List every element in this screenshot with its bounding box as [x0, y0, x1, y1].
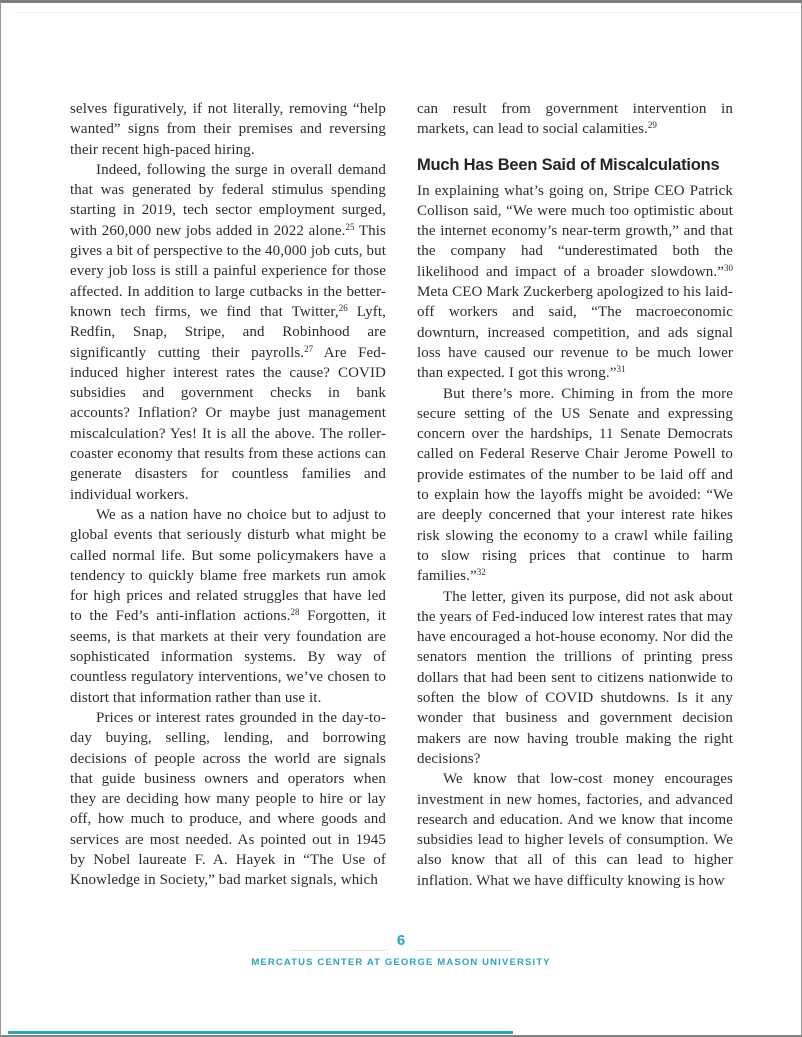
paragraph: Indeed, following the surge in overall d…	[70, 160, 386, 505]
right-text-column: can result from government intervention …	[417, 99, 733, 891]
page-footer: 6 MERCATUS CENTER AT GEORGE MASON UNIVER…	[1, 932, 801, 968]
paragraph: We know that low-cost money encourages i…	[417, 769, 733, 891]
paragraph: can result from government intervention …	[417, 99, 733, 140]
right-column-body: In explaining what’s going on, Stripe CE…	[417, 181, 733, 891]
top-hairline-rule	[15, 12, 800, 13]
footer-organization: MERCATUS CENTER AT GEORGE MASON UNIVERSI…	[1, 957, 801, 968]
right-column-intro: can result from government intervention …	[417, 99, 733, 140]
footnote-reference: 27	[304, 344, 313, 354]
document-page: selves figuratively, if not literally, r…	[0, 0, 802, 1037]
bottom-accent-bar	[8, 1031, 513, 1034]
footnote-reference: 32	[477, 567, 486, 577]
paragraph: In explaining what’s going on, Stripe CE…	[417, 181, 733, 384]
footnote-reference: 25	[346, 222, 355, 232]
footer-rule-left	[291, 950, 387, 951]
footnote-reference: 30	[724, 263, 733, 273]
section-heading: Much Has Been Said of Miscalculations	[417, 155, 733, 175]
footnote-reference: 29	[648, 120, 657, 130]
footer-rule-right	[417, 950, 513, 951]
page-number: 6	[397, 932, 405, 949]
paragraph: Prices or interest rates grounded in the…	[70, 708, 386, 891]
paragraph: But there’s more. Chiming in from the mo…	[417, 384, 733, 587]
paragraph: selves figuratively, if not literally, r…	[70, 99, 386, 160]
footnote-reference: 28	[291, 607, 300, 617]
paragraph: We as a nation have no choice but to adj…	[70, 505, 386, 708]
paragraph: The letter, given its purpose, did not a…	[417, 587, 733, 770]
footnote-reference: 26	[339, 303, 348, 313]
left-text-column: selves figuratively, if not literally, r…	[70, 99, 386, 891]
footnote-reference: 31	[617, 364, 626, 374]
